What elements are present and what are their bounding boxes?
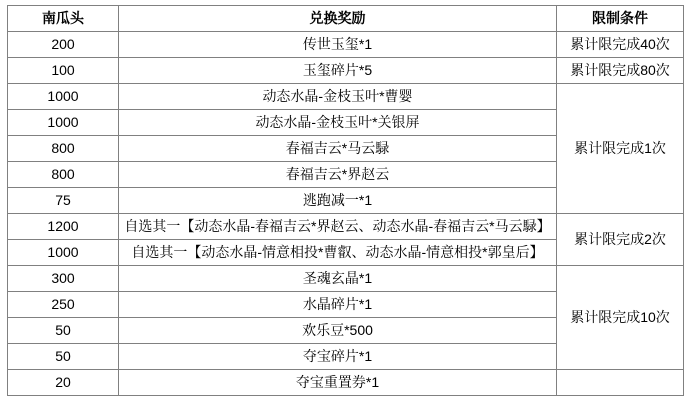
reward-cell: 夺宝重置券*1 xyxy=(119,370,557,396)
table-row: 1200 自选其一【动态水晶-春福吉云*界赵云、动态水晶-春福吉云*马云騄】 累… xyxy=(8,214,684,240)
amount-cell: 1000 xyxy=(8,110,119,136)
reward-cell: 夺宝碎片*1 xyxy=(119,344,557,370)
table-row: 1000 动态水晶-金枝玉叶*曹婴 累计限完成1次 xyxy=(8,84,684,110)
table-row: 200 传世玉玺*1 累计限完成40次 xyxy=(8,32,684,58)
amount-cell: 20 xyxy=(8,370,119,396)
amount-cell: 50 xyxy=(8,344,119,370)
reward-cell: 圣魂玄晶*1 xyxy=(119,266,557,292)
reward-cell: 逃跑减一*1 xyxy=(119,188,557,214)
restriction-cell: 累计限完成80次 xyxy=(557,58,684,84)
amount-cell: 250 xyxy=(8,292,119,318)
header-reward: 兑换奖励 xyxy=(119,6,557,32)
restriction-cell: 累计限完成1次 xyxy=(557,84,684,214)
header-restriction: 限制条件 xyxy=(557,6,684,32)
restriction-cell: 累计限完成2次 xyxy=(557,214,684,266)
amount-cell: 800 xyxy=(8,162,119,188)
table-row: 100 玉玺碎片*5 累计限完成80次 xyxy=(8,58,684,84)
reward-cell: 春福吉云*界赵云 xyxy=(119,162,557,188)
reward-cell: 动态水晶-金枝玉叶*曹婴 xyxy=(119,84,557,110)
reward-cell: 自选其一【动态水晶-情意相投*曹叡、动态水晶-情意相投*郭皇后】 xyxy=(119,240,557,266)
exchange-reward-table: 南瓜头 兑换奖励 限制条件 200 传世玉玺*1 累计限完成40次 100 玉玺… xyxy=(7,5,684,396)
header-row: 南瓜头 兑换奖励 限制条件 xyxy=(8,6,684,32)
restriction-cell: 累计限完成10次 xyxy=(557,266,684,370)
restriction-cell xyxy=(557,370,684,396)
amount-cell: 75 xyxy=(8,188,119,214)
amount-cell: 100 xyxy=(8,58,119,84)
header-pumpkin: 南瓜头 xyxy=(8,6,119,32)
reward-cell: 欢乐豆*500 xyxy=(119,318,557,344)
amount-cell: 1000 xyxy=(8,240,119,266)
amount-cell: 800 xyxy=(8,136,119,162)
reward-cell: 自选其一【动态水晶-春福吉云*界赵云、动态水晶-春福吉云*马云騄】 xyxy=(119,214,557,240)
amount-cell: 200 xyxy=(8,32,119,58)
table-row: 20 夺宝重置券*1 xyxy=(8,370,684,396)
amount-cell: 1000 xyxy=(8,84,119,110)
reward-cell: 春福吉云*马云騄 xyxy=(119,136,557,162)
amount-cell: 1200 xyxy=(8,214,119,240)
amount-cell: 50 xyxy=(8,318,119,344)
reward-cell: 水晶碎片*1 xyxy=(119,292,557,318)
table-row: 300 圣魂玄晶*1 累计限完成10次 xyxy=(8,266,684,292)
page: 南瓜头 兑换奖励 限制条件 200 传世玉玺*1 累计限完成40次 100 玉玺… xyxy=(0,0,690,418)
reward-cell: 玉玺碎片*5 xyxy=(119,58,557,84)
restriction-cell: 累计限完成40次 xyxy=(557,32,684,58)
amount-cell: 300 xyxy=(8,266,119,292)
reward-cell: 传世玉玺*1 xyxy=(119,32,557,58)
reward-cell: 动态水晶-金枝玉叶*关银屏 xyxy=(119,110,557,136)
